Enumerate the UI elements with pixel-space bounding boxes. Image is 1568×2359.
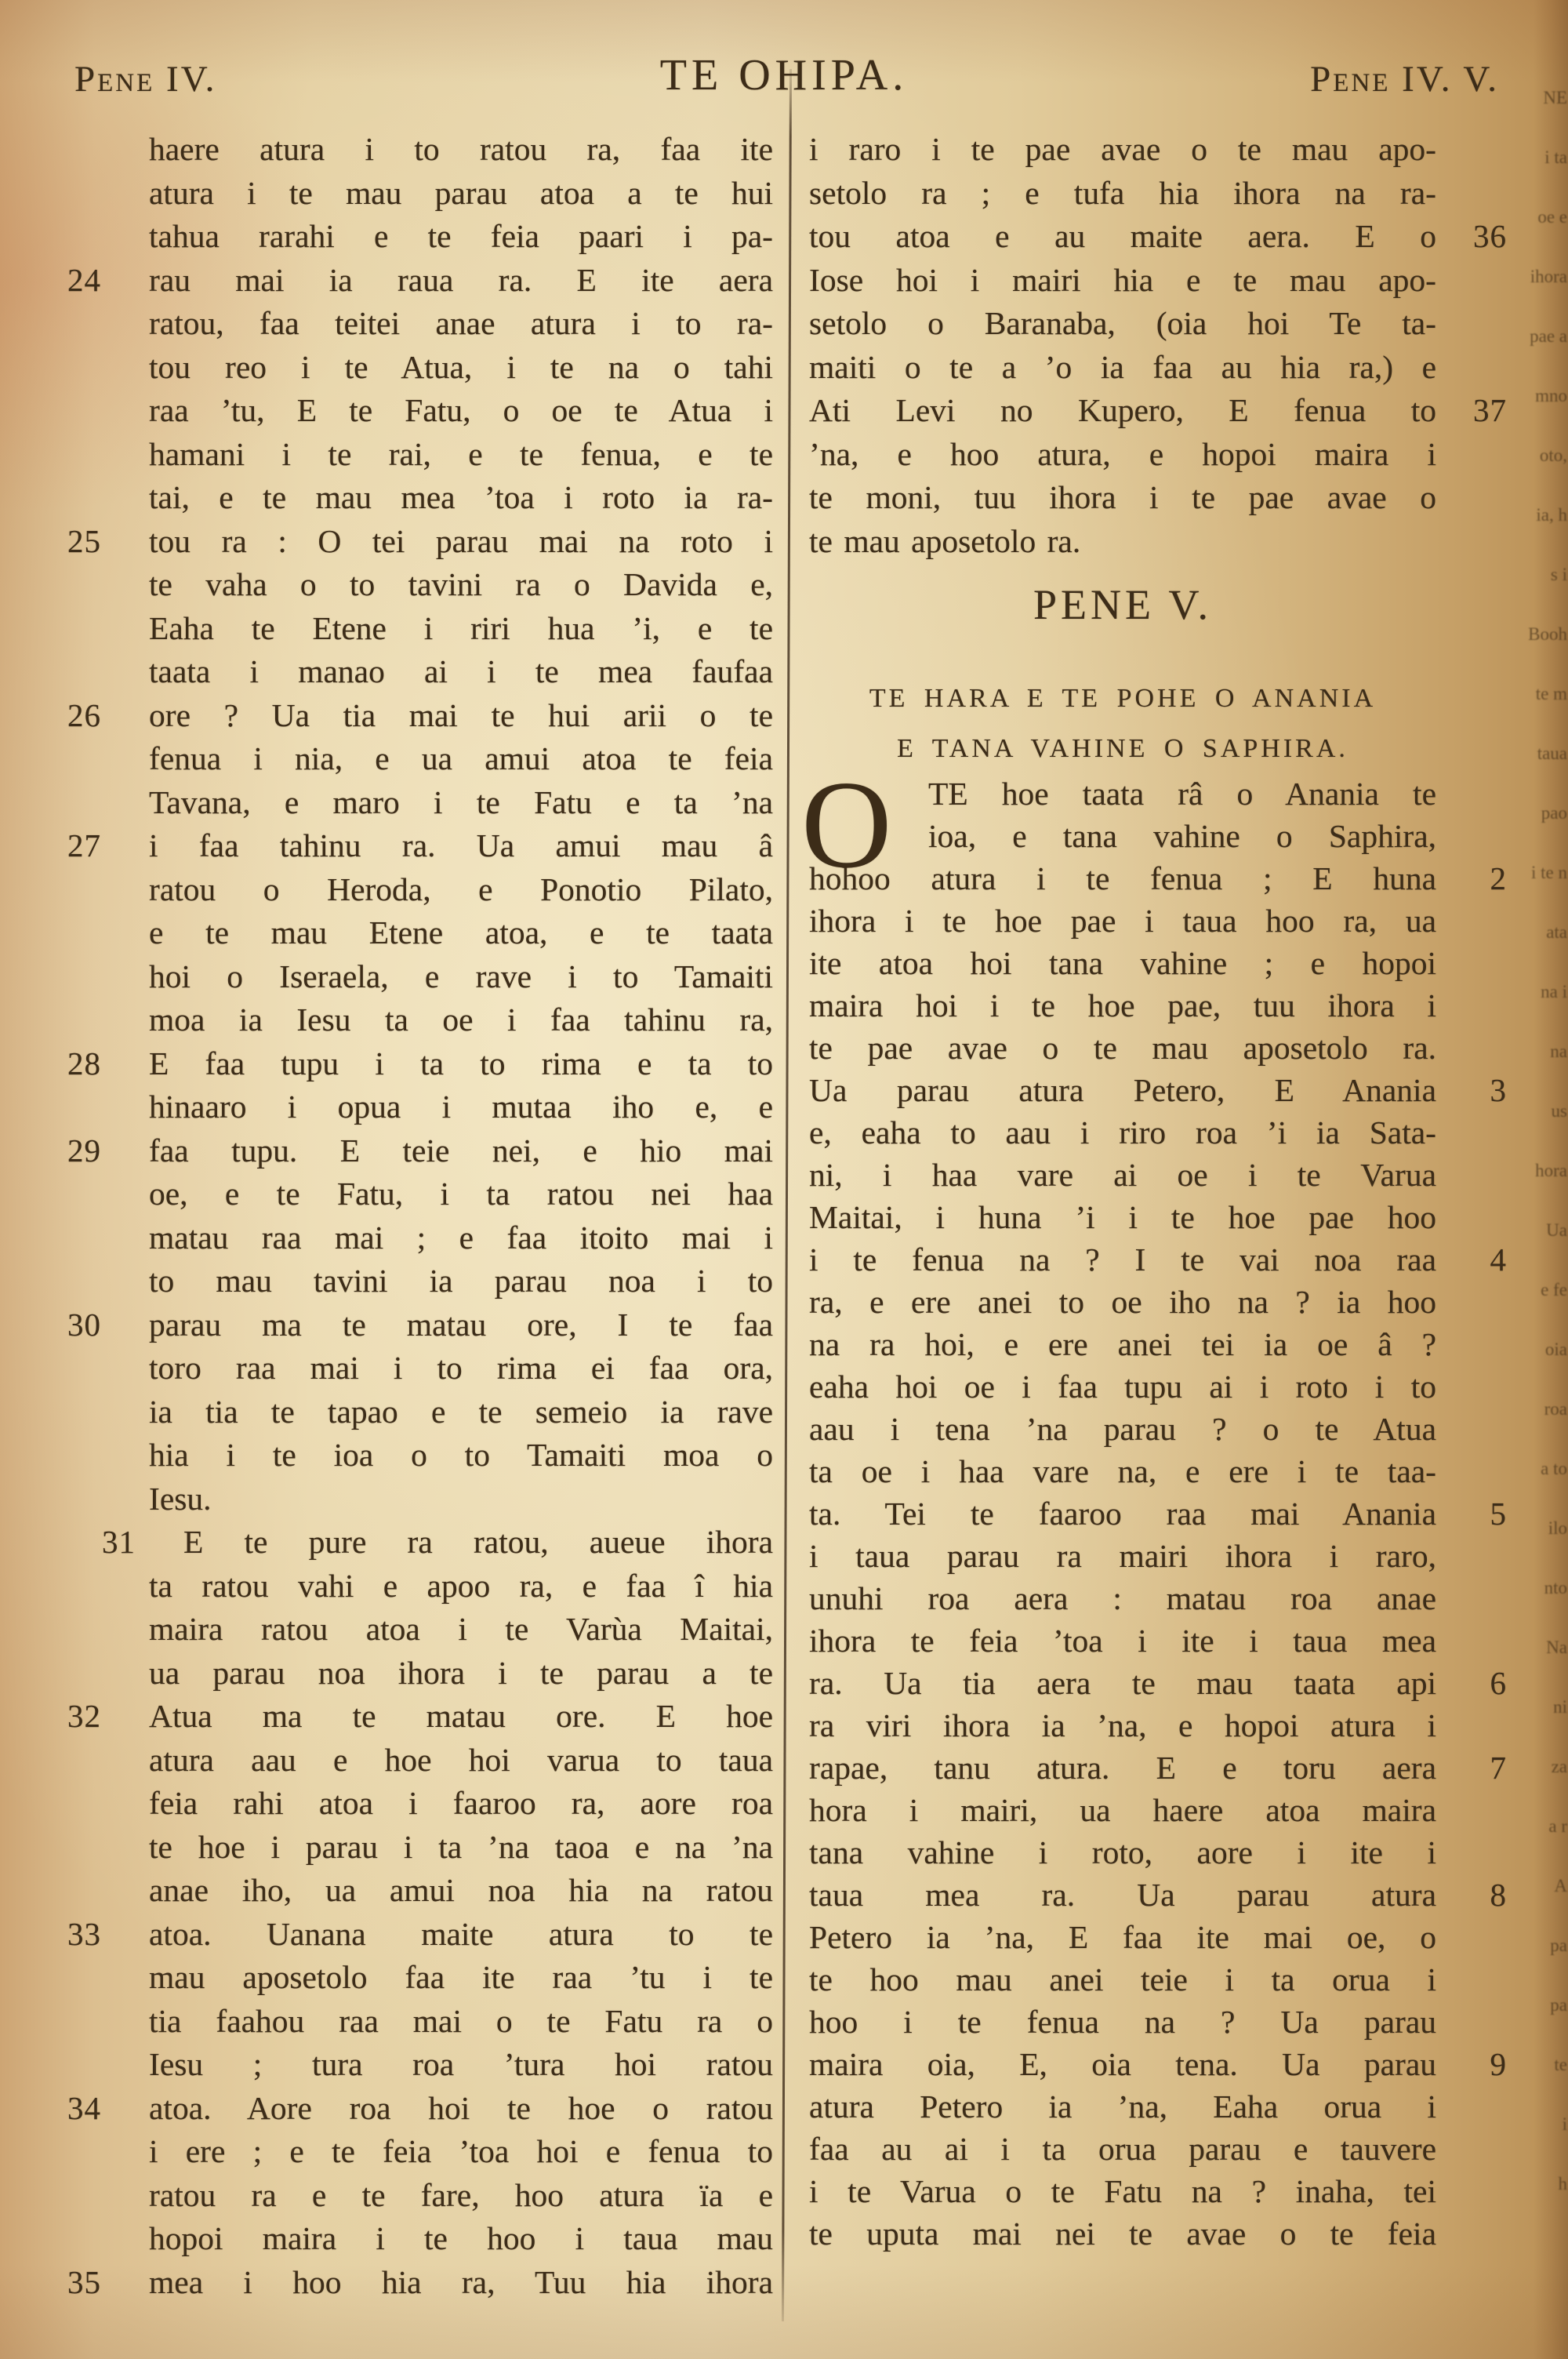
adjacent-page-text-fragment: na i — [1541, 982, 1567, 1002]
text-line: maira hoi i te hoe pae, tuu ihora i — [809, 984, 1436, 1027]
verse-text: tou ra : O tei parau mai na roto i — [149, 523, 773, 559]
verse-text: ratou o Heroda, e Ponotio Pilato, — [149, 871, 773, 907]
verse-text: aau i tena ’na parau ? o te Atua — [809, 1411, 1436, 1447]
adjacent-page-text-fragment: oia — [1545, 1339, 1567, 1360]
text-line: 26ore ? Ua tia mai te hui arii o te — [149, 694, 773, 738]
text-line: matau raa mai ; e faa itoito mai i — [149, 1216, 773, 1260]
text-line: i ere ; e te feia ’toa hoi e fenua to — [149, 2130, 773, 2174]
verse-text: maira ratou atoa i te Varùa Maitai, — [149, 1611, 773, 1647]
verse-text: te moni, tuu ihora i te pae avae o — [809, 479, 1436, 515]
verse-number: 33 — [67, 1913, 101, 1957]
text-line: maiti o te a ’o ia faa au hia ra,) e — [809, 346, 1436, 390]
text-line: hopoi maira i te hoo i taua mau — [149, 2217, 773, 2261]
right-text-column-chapter5: O TE hoe taata râ o Anania teioa, e tana… — [809, 772, 1436, 2255]
verse-text: Tavana, e maro i te Fatu e ta ’na — [149, 784, 773, 820]
scanned-book-page: Pene IV. TE OHIPA. Pene IV. V. haere atu… — [0, 0, 1568, 2359]
text-line: Petero ia ’na, E faa ite mai oe, o — [809, 1916, 1436, 1958]
verse-text: i faa tahinu ra. Ua amui mau â — [149, 827, 773, 863]
adjacent-page-text-fragment: Booh — [1528, 624, 1567, 645]
adjacent-page-text-fragment: A — [1554, 1876, 1567, 1896]
text-line: i raro i te pae avae o te mau apo- — [809, 128, 1436, 172]
verse-number: 37 — [1473, 389, 1507, 433]
verse-text: Iesu. — [149, 1481, 212, 1517]
adjacent-page-text-fragment: ata — [1546, 922, 1567, 943]
text-line: aau i tena ’na parau ? o te Atua — [809, 1408, 1436, 1450]
verse-text: Maitai, i huna ’i i te hoe pae hoo — [809, 1199, 1436, 1235]
text-line: 4i te fenua na ? I te vai noa raa — [809, 1238, 1436, 1281]
verse-text: maiti o te a ’o ia faa au hia ra,) e — [809, 349, 1436, 385]
verse-text: atura Petero ia ’na, Eaha orua i — [809, 2088, 1436, 2125]
verse-text: hohoo atura i te fenua ; E huna — [809, 860, 1436, 896]
text-line: atura i te mau parau atoa a te hui — [149, 172, 773, 216]
verse-text: atura i te mau parau atoa a te hui — [149, 175, 773, 211]
text-line: unuhi roa aera : matau roa anae — [809, 1577, 1436, 1619]
adjacent-page-text-fragment: ihora — [1530, 267, 1567, 287]
text-line: hoi o Iseraela, e rave i to Tamaiti — [149, 955, 773, 999]
text-line: te hoe i parau i ta ’na taoa e na ’na — [149, 1826, 773, 1870]
verse-number: 7 — [1490, 1747, 1508, 1789]
text-line: TE hoe taata râ o Anania te — [809, 772, 1436, 815]
text-line: 24rau mai ia raua ra. E ite aera — [149, 259, 773, 303]
text-line: 8taua mea ra. Ua parau atura — [809, 1874, 1436, 1916]
verse-text: tai, e te mau mea ’toa i roto ia ra- — [149, 479, 773, 515]
verse-text: tia faahou raa mai o te Fatu ra o — [149, 2003, 773, 2039]
chapter-subtitle-line2: E TANA VAHINE O SAPHIRA. — [809, 734, 1436, 764]
verse-text: ratou ra e te fare, hoo atura ïa e — [149, 2177, 773, 2213]
verse-text: hia i te ioa o to Tamaiti moa o — [149, 1437, 773, 1473]
verse-text: E faa tupu i ta to rima e ta to — [149, 1045, 773, 1081]
adjacent-page-text-fragment: s i — [1551, 565, 1567, 585]
verse-text: te hoo mau anei teie i ta orua i — [809, 1961, 1436, 1997]
verse-text: E te pure ra ratou, aueue ihora — [183, 1524, 773, 1560]
verse-text: faa au ai i ta orua parau e tauvere — [809, 2131, 1436, 2167]
verse-text: te mau aposetolo ra. — [809, 523, 1080, 559]
verse-number: 29 — [67, 1129, 101, 1173]
verse-text: ia tia te tapao e te semeio ia rave — [149, 1394, 773, 1430]
text-line: te moni, tuu ihora i te pae avae o — [809, 476, 1436, 520]
verse-number: 32 — [67, 1695, 101, 1739]
next-page-fore-edge: NEi taoe eihorapae amnooto,ia, hs iBooht… — [1534, 0, 1568, 2359]
verse-text: tou reo i te Atua, i te na o tahi — [149, 349, 773, 385]
right-text-column-chapter4: i raro i te pae avae o te mau apo-setolo… — [809, 128, 1436, 563]
verse-number: 8 — [1490, 1874, 1508, 1916]
chapter-subtitle-line1: TE HARA E TE POHE O ANANIA — [809, 684, 1436, 714]
verse-text: e, eaha to aau i riro roa ’i ia Sata- — [809, 1114, 1436, 1150]
text-line: ra viri ihora ia ’na, e hopoi atura i — [809, 1704, 1436, 1747]
verse-text: te uputa mai nei te avae o te feia — [809, 2215, 1436, 2252]
text-line: taata i manao ai i te mea faufaa — [149, 650, 773, 694]
adjacent-page-text-fragment: za — [1552, 1757, 1567, 1777]
verse-text: ni, i haa vare ai oe i te Varua — [809, 1157, 1436, 1193]
verse-text: ratou, faa teitei anae atura i to ra- — [149, 305, 773, 341]
verse-text: te hoe i parau i ta ’na taoa e na ’na — [149, 1829, 773, 1865]
verse-text: ioa, e tana vahine o Saphira, — [928, 818, 1436, 854]
adjacent-page-text-fragment: mno — [1535, 386, 1567, 406]
text-line: ratou, faa teitei anae atura i to ra- — [149, 302, 773, 346]
verse-number: 9 — [1490, 2043, 1508, 2085]
verse-text: faa tupu. E teie nei, e hio mai — [149, 1132, 773, 1169]
text-line: feia rahi atoa i faaroo ra, aore roa — [149, 1782, 773, 1826]
text-line: 3Ua parau atura Petero, E Anania — [809, 1069, 1436, 1111]
text-line: ua parau noa ihora i te parau a te — [149, 1652, 773, 1696]
verse-number: 27 — [67, 824, 101, 868]
text-line: to mau tavini ia parau noa i to — [149, 1259, 773, 1303]
adjacent-page-text-fragment: NE — [1543, 88, 1567, 108]
verse-text: fenua i nia, e ua amui atoa te feia — [149, 740, 773, 776]
adjacent-page-text-fragment: a to — [1541, 1459, 1567, 1479]
text-line: 35mea i hoo hia ra, Tuu hia ihora — [149, 2261, 773, 2305]
text-line: faa au ai i ta orua parau e tauvere — [809, 2128, 1436, 2170]
text-line: 34atoa. Aore roa hoi te hoe o ratou — [149, 2087, 773, 2131]
adjacent-page-text-fragment: oe e — [1537, 207, 1567, 227]
verse-number: 30 — [67, 1303, 101, 1347]
verse-number: 24 — [67, 259, 101, 303]
text-line: Iesu ; tura roa ’tura hoi ratou — [149, 2043, 773, 2087]
text-line: tana vahine i roto, aore i ite i — [809, 1831, 1436, 1874]
verse-text: to mau tavini ia parau noa i to — [149, 1263, 773, 1299]
running-head-chapter-right: Pene IV. V. — [1310, 58, 1499, 100]
text-line: ia tia te tapao e te semeio ia rave — [149, 1390, 773, 1434]
text-line: na ra hoi, e ere anei tei ia oe â ? — [809, 1323, 1436, 1365]
text-line: tia faahou raa mai o te Fatu ra o — [149, 2000, 773, 2044]
verse-number: 28 — [67, 1042, 101, 1086]
verse-number: 26 — [67, 694, 101, 738]
verse-number: 4 — [1490, 1238, 1508, 1281]
adjacent-page-text-fragment: oto, — [1540, 445, 1567, 466]
text-line: 5ta. Tei te faaroo raa mai Anania — [809, 1492, 1436, 1535]
adjacent-page-text-fragment: Ua — [1546, 1220, 1567, 1241]
verse-text: moa ia Iesu ta oe i faa tahinu ra, — [149, 1001, 773, 1038]
text-line: mau aposetolo faa ite raa ’tu i te — [149, 1956, 773, 2000]
verse-text: ihora i te hoe pae i taua hoo ra, ua — [809, 903, 1436, 939]
text-line: 33atoa. Uanana maite atura to te — [149, 1913, 773, 1957]
verse-text: eaha hoi oe i faa tupu ai i roto i to — [809, 1369, 1436, 1405]
text-line: hia i te ioa o to Tamaiti moa o — [149, 1434, 773, 1478]
adjacent-page-text-fragment: na — [1550, 1041, 1567, 1062]
verse-text: Petero ia ’na, E faa ite mai oe, o — [809, 1919, 1436, 1955]
verse-text: Iesu ; tura roa ’tura hoi ratou — [149, 2046, 773, 2082]
adjacent-page-text-fragment: nto — [1544, 1578, 1567, 1598]
text-line: Maitai, i huna ’i i te hoe pae hoo — [809, 1196, 1436, 1238]
text-line: 29faa tupu. E teie nei, e hio mai — [149, 1129, 773, 1173]
text-line: te pae avae o te mau aposetolo ra. — [809, 1027, 1436, 1069]
text-line: ihora i te hoe pae i taua hoo ra, ua — [809, 900, 1436, 942]
adjacent-page-text-fragment: h — [1559, 2174, 1568, 2194]
verse-text: maira oia, E, oia tena. Ua parau — [809, 2046, 1436, 2082]
text-line: 36tou atoa e au maite aera. E o — [809, 215, 1436, 259]
verse-number: 6 — [1490, 1662, 1508, 1704]
verse-text: tahua rarahi e te feia paari i pa- — [149, 218, 773, 254]
adjacent-page-text-fragment: ia, h — [1536, 505, 1567, 525]
verse-text: ta oe i haa vare na, e ere i te taa- — [809, 1453, 1436, 1489]
text-line: hamani i te rai, e te fenua, e te — [149, 433, 773, 477]
verse-text: Ati Levi no Kupero, E fenua to — [809, 392, 1436, 428]
verse-text: raa ’tu, E te Fatu, o oe te Atua i — [149, 392, 773, 428]
running-head-chapter-left: Pene IV. — [74, 58, 216, 100]
text-line: hinaaro i opua i mutaa iho e, e — [149, 1085, 773, 1129]
adjacent-page-text-fragment: pa — [1550, 1936, 1567, 1956]
verse-text: oe, e te Fatu, i ta ratou nei haa — [149, 1176, 773, 1212]
verse-text: te pae avae o te mau aposetolo ra. — [809, 1030, 1436, 1066]
adjacent-page-text-fragment: taua — [1537, 743, 1567, 764]
verse-text: i taua parau ra mairi ihora i raro, — [809, 1538, 1436, 1574]
column-divider-rule — [782, 69, 792, 2321]
verse-text: i ere ; e te feia ’toa hoi e fenua to — [149, 2133, 773, 2169]
text-line: 25tou ra : O tei parau mai na roto i — [149, 520, 773, 564]
text-line: eaha hoi oe i faa tupu ai i roto i to — [809, 1365, 1436, 1408]
adjacent-page-text-fragment: pao — [1541, 803, 1567, 823]
text-line: Iesu. — [149, 1478, 773, 1521]
verse-text: atura aau e hoe hoi varua to taua — [149, 1742, 773, 1778]
verse-text: ta ratou vahi e apoo ra, e faa î hia — [149, 1568, 773, 1604]
running-head-title: TE OHIPA. — [660, 50, 908, 100]
text-line: hora i mairi, ua haere atoa maira — [809, 1789, 1436, 1831]
text-line: atura aau e hoe hoi varua to taua — [149, 1739, 773, 1783]
text-line: oe, e te Fatu, i ta ratou nei haa — [149, 1172, 773, 1216]
adjacent-page-text-fragment: ilo — [1548, 1518, 1567, 1539]
verse-text: ua parau noa ihora i te parau a te — [149, 1655, 773, 1691]
chapter-heading: PENE V. — [809, 580, 1436, 629]
text-line: te uputa mai nei te avae o te feia — [809, 2212, 1436, 2255]
verse-text: na ra hoi, e ere anei tei ia oe â ? — [809, 1326, 1436, 1362]
text-line: 28E faa tupu i ta to rima e ta to — [149, 1042, 773, 1086]
text-line: ihora te feia ’toa i ite i taua mea — [809, 1619, 1436, 1662]
verse-text: ta. Tei te faaroo raa mai Anania — [809, 1496, 1436, 1532]
verse-text: ite atoa hoi tana vahine ; e hopoi — [809, 945, 1436, 981]
text-line: Tavana, e maro i te Fatu e ta ’na — [149, 781, 773, 825]
text-line: 27i faa tahinu ra. Ua amui mau â — [149, 824, 773, 868]
text-line: i te Varua o te Fatu na ? inaha, tei — [809, 2170, 1436, 2212]
verse-text: hinaaro i opua i mutaa iho e, e — [149, 1089, 773, 1125]
adjacent-page-text-fragment: pae a — [1530, 326, 1567, 347]
text-line: 7rapae, tanu atura. E e toru aera — [809, 1747, 1436, 1789]
verse-text: hoi o Iseraela, e rave i to Tamaiti — [149, 958, 773, 994]
verse-text: hoo i te fenua na ? Ua parau — [809, 2004, 1436, 2040]
text-line: atura Petero ia ’na, Eaha orua i — [809, 2085, 1436, 2128]
verse-text: setolo o Baranaba, (oia hoi Te ta- — [809, 305, 1436, 341]
verse-text: i raro i te pae avae o te mau apo- — [809, 131, 1436, 167]
left-text-column: haere atura i to ratou ra, faa iteatura … — [149, 128, 773, 2304]
adjacent-page-text-fragment: Na — [1546, 1637, 1567, 1658]
text-line: setolo o Baranaba, (oia hoi Te ta- — [809, 302, 1436, 346]
verse-text: toro raa mai i to rima ei faa ora, — [149, 1350, 773, 1386]
text-line: ta oe i haa vare na, e ere i te taa- — [809, 1450, 1436, 1492]
verse-text: ra, e ere anei to oe iho na ? ia hoo — [809, 1284, 1436, 1320]
verse-number: 34 — [67, 2087, 101, 2131]
verse-text: i te Varua o te Fatu na ? inaha, tei — [809, 2173, 1436, 2209]
adjacent-page-text-fragment: ni — [1553, 1697, 1567, 1717]
verse-text: ihora te feia ’toa i ite i taua mea — [809, 1623, 1436, 1659]
verse-text: te vaha o to tavini ra o Davida e, — [149, 566, 773, 602]
verse-text: tou atoa e au maite aera. E o — [809, 218, 1436, 254]
verse-text: ’na, e hoo atura, e hopoi maira i — [809, 436, 1436, 472]
verse-text: Ua parau atura Petero, E Anania — [809, 1072, 1436, 1108]
verse-text: hamani i te rai, e te fenua, e te — [149, 436, 773, 472]
verse-text: setolo ra ; e tufa hia ihora na ra- — [809, 175, 1436, 211]
verse-text: e te mau Etene atoa, e te taata — [149, 914, 773, 951]
verse-text: tana vahine i roto, aore i ite i — [809, 1834, 1436, 1870]
verse-text: hopoi maira i te hoo i taua mau — [149, 2220, 773, 2256]
text-line: haere atura i to ratou ra, faa ite — [149, 128, 773, 172]
verse-text: haere atura i to ratou ra, faa ite — [149, 131, 773, 167]
adjacent-page-text-fragment: te m — [1536, 684, 1567, 704]
verse-number: 35 — [67, 2261, 101, 2305]
text-line: 32Atua ma te matau ore. E hoe — [149, 1695, 773, 1739]
text-line: i taua parau ra mairi ihora i raro, — [809, 1535, 1436, 1577]
verse-text: atoa. Aore roa hoi te hoe o ratou — [149, 2090, 773, 2126]
verse-number: 2 — [1490, 857, 1508, 900]
verse-text: parau ma te matau ore, I te faa — [149, 1307, 773, 1343]
text-line: Iose hoi i mairi hia e te mau apo- — [809, 259, 1436, 303]
verse-number: 5 — [1490, 1492, 1508, 1535]
text-line: 30parau ma te matau ore, I te faa — [149, 1303, 773, 1347]
text-line: 9maira oia, E, oia tena. Ua parau — [809, 2043, 1436, 2085]
text-line: fenua i nia, e ua amui atoa te feia — [149, 737, 773, 781]
adjacent-page-text-fragment: hora — [1535, 1161, 1567, 1181]
verse-text: matau raa mai ; e faa itoito mai i — [149, 1219, 773, 1256]
text-line: te vaha o to tavini ra o Davida e, — [149, 563, 773, 607]
text-line: ’na, e hoo atura, e hopoi maira i — [809, 433, 1436, 477]
text-line: te mau aposetolo ra. — [809, 520, 1436, 564]
adjacent-page-text-fragment: pa — [1550, 1995, 1567, 2016]
adjacent-page-text-fragment: i te n — [1531, 863, 1567, 883]
verse-number: 36 — [1473, 215, 1507, 259]
verse-text: Eaha te Etene i riri hua ’i, e te — [149, 610, 773, 646]
text-line: ratou ra e te fare, hoo atura ïa e — [149, 2174, 773, 2218]
verse-number: 25 — [67, 520, 101, 564]
text-line: ra, e ere anei to oe iho na ? ia hoo — [809, 1281, 1436, 1323]
adjacent-page-text-fragment: a r — [1548, 1816, 1567, 1837]
verse-text: taua mea ra. Ua parau atura — [809, 1877, 1436, 1913]
verse-text: atoa. Uanana maite atura to te — [149, 1916, 773, 1952]
text-line: tai, e te mau mea ’toa i roto ia ra- — [149, 476, 773, 520]
verse-text: ore ? Ua tia mai te hui arii o te — [149, 697, 773, 733]
text-line: 31E te pure ra ratou, aueue ihora — [149, 1521, 773, 1565]
verse-number: 31 — [67, 1521, 136, 1565]
verse-text: mea i hoo hia ra, Tuu hia ihora — [149, 2264, 773, 2300]
text-line: Eaha te Etene i riri hua ’i, e te — [149, 607, 773, 651]
verse-text: unuhi roa aera : matau roa anae — [809, 1580, 1436, 1616]
verse-text: mau aposetolo faa ite raa ’tu i te — [149, 1959, 773, 1995]
adjacent-page-text-fragment: us — [1552, 1101, 1567, 1121]
text-line: e, eaha to aau i riro roa ’i ia Sata- — [809, 1111, 1436, 1154]
verse-text: Iose hoi i mairi hia e te mau apo- — [809, 262, 1436, 298]
verse-text: hora i mairi, ua haere atoa maira — [809, 1792, 1436, 1828]
text-line: setolo ra ; e tufa hia ihora na ra- — [809, 172, 1436, 216]
text-line: e te mau Etene atoa, e te taata — [149, 911, 773, 955]
text-line: anae iho, ua amui noa hia na ratou — [149, 1869, 773, 1913]
adjacent-page-text-fragment: te — [1554, 2055, 1567, 2075]
adjacent-page-text-fragment: i ta — [1544, 147, 1567, 168]
text-line: 2hohoo atura i te fenua ; E huna — [809, 857, 1436, 900]
verse-text: Atua ma te matau ore. E hoe — [149, 1698, 773, 1734]
text-line: tou reo i te Atua, i te na o tahi — [149, 346, 773, 390]
text-line: hoo i te fenua na ? Ua parau — [809, 2001, 1436, 2043]
text-line: 37Ati Levi no Kupero, E fenua to — [809, 389, 1436, 433]
verse-text: TE hoe taata râ o Anania te — [928, 776, 1436, 812]
text-line: toro raa mai i to rima ei faa ora, — [149, 1347, 773, 1390]
verse-text: maira hoi i te hoe pae, tuu ihora i — [809, 987, 1436, 1023]
text-line: ta ratou vahi e apoo ra, e faa î hia — [149, 1565, 773, 1608]
text-line: ite atoa hoi tana vahine ; e hopoi — [809, 942, 1436, 984]
verse-number: 3 — [1490, 1069, 1508, 1111]
adjacent-page-text-fragment: roa — [1544, 1399, 1567, 1419]
text-line: maira ratou atoa i te Varùa Maitai, — [149, 1608, 773, 1652]
text-line: te hoo mau anei teie i ta orua i — [809, 1958, 1436, 2001]
text-line: 6ra. Ua tia aera te mau taata api — [809, 1662, 1436, 1704]
verse-text: i te fenua na ? I te vai noa raa — [809, 1241, 1436, 1278]
text-line: moa ia Iesu ta oe i faa tahinu ra, — [149, 998, 773, 1042]
adjacent-page-text-fragment: i — [1563, 2114, 1567, 2135]
text-line: ioa, e tana vahine o Saphira, — [809, 815, 1436, 857]
verse-text: ra viri ihora ia ’na, e hopoi atura i — [809, 1707, 1436, 1743]
verse-text: taata i manao ai i te mea faufaa — [149, 653, 773, 689]
verse-text: rapae, tanu atura. E e toru aera — [809, 1750, 1436, 1786]
text-line: ni, i haa vare ai oe i te Varua — [809, 1154, 1436, 1196]
text-line: tahua rarahi e te feia paari i pa- — [149, 215, 773, 259]
verse-text: anae iho, ua amui noa hia na ratou — [149, 1872, 773, 1908]
text-line: raa ’tu, E te Fatu, o oe te Atua i — [149, 389, 773, 433]
adjacent-page-text-fragment: e fe — [1541, 1280, 1567, 1300]
verse-text: ra. Ua tia aera te mau taata api — [809, 1665, 1436, 1701]
text-line: ratou o Heroda, e Ponotio Pilato, — [149, 868, 773, 912]
verse-text: rau mai ia raua ra. E ite aera — [149, 262, 773, 298]
verse-text: feia rahi atoa i faaroo ra, aore roa — [149, 1785, 773, 1821]
